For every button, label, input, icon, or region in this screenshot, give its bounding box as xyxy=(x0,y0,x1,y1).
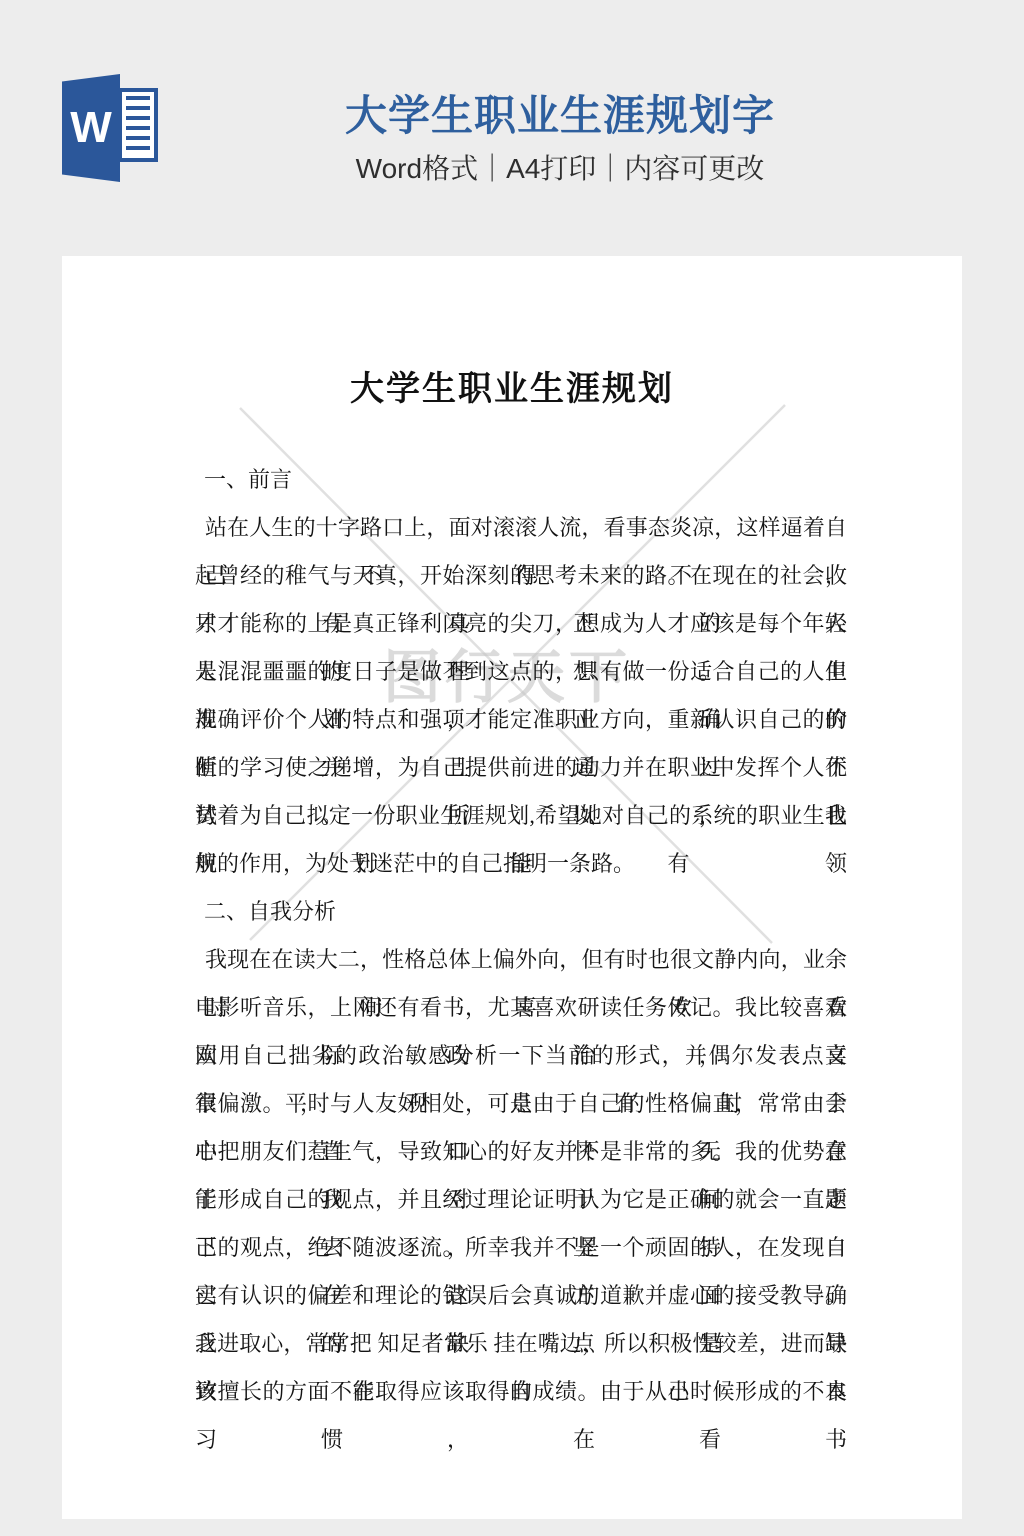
doc-line: 能形成自己的观点，并且经过理论证明认为它是正确的就会一直走下去，坚持自 xyxy=(195,1176,847,1224)
template-subtitle: Word格式｜A4打印｜内容可更改 xyxy=(96,152,1024,186)
doc-line: 电影听音乐，上网还有看书，尤其喜欢研读任务传记。我比较喜欢国际政治，喜 xyxy=(195,984,847,1032)
doc-line: 乏进取心，常常把 知足者常乐 挂在嘴边，所以积极性较差，进而导致在自己本 xyxy=(195,1320,847,1368)
doc-line: 一、前言 xyxy=(195,456,847,504)
doc-line: 是混混噩噩的度日子是做不到这点的，只有做一份适合自己的人生规划，正确的 xyxy=(195,648,847,696)
doc-line: 准确评价个人的特点和强项才能定准职业方向，重新认识自己的价值并且通过不 xyxy=(195,696,847,744)
doc-line: 中把朋友们惹生气，导致知心的好友并不是非常的多。我的优势在于我对于问题 xyxy=(195,1128,847,1176)
doc-line: 断的学习使之递增，为自己提供前进的动力并在职业中发挥个人优势。所以，我 xyxy=(195,744,847,792)
doc-line: 站在人生的十字路口上，面对滚滚人流，看事态炎凉，这样逼着自己不得不收 xyxy=(195,504,847,552)
template-title: 大学生职业生涯规划字 xyxy=(96,92,1024,140)
template-preview: W 大学生职业生涯规划字 Word格式｜A4打印｜内容可更改 图行天下 大学生职… xyxy=(0,0,1024,1536)
header: W 大学生职业生涯规划字 Word格式｜A4打印｜内容可更改 xyxy=(0,0,1024,256)
doc-line: 实有认识的偏差和理论的错误后会真诚的道歉并虚心的接受教导。我的缺点是缺 xyxy=(195,1272,847,1320)
document-body: 一、前言站在人生的十字路口上，面对滚滚人流，看事态炎凉，这样逼着自己不得不收起曾… xyxy=(195,456,847,1416)
doc-line: 己的观点，绝不随波逐流。所幸我并不是一个顽固的人，在发现自己在这方面确 xyxy=(195,1224,847,1272)
doc-line: 欢用自己拙劣的政治敏感分析一下当前的形式，并偶尔发表点文章，观点有时会 xyxy=(195,1032,847,1080)
document-page: 图行天下 大学生职业生涯规划 一、前言站在人生的十字路口上，面对滚滚人流，看事态… xyxy=(62,256,962,1519)
doc-line: 该擅长的方面不能取得应该取得的成绩。由于从小时候形成的不良习惯，在看书 xyxy=(195,1368,847,1416)
doc-line: 起曾经的稚气与天真，开始深刻的思考未来的路。在现在的社会，只有真正的人 xyxy=(195,552,847,600)
doc-line: 我现在在读大二，性格总体上偏外向，但有时也很文静内向，业余时间喜欢看 xyxy=(195,936,847,984)
doc-line: 二、自我分析 xyxy=(195,888,847,936)
header-titles: 大学生职业生涯规划字 Word格式｜A4打印｜内容可更改 xyxy=(96,0,1024,186)
doc-line: 很偏激。平时与人友好相处，可是由于自己的性格偏直，常常由于心直口快无意 xyxy=(195,1080,847,1128)
document-title: 大学生职业生涯规划 xyxy=(62,256,962,412)
doc-line: 才才能称的上是真正锋利闪亮的尖刀，想成为人才应该是每个年轻人的理想。但 xyxy=(195,600,847,648)
doc-line: 试着为自己拟定一份职业生涯规划,希望她对自己的系统的职业生也规划能有领 xyxy=(195,792,847,840)
